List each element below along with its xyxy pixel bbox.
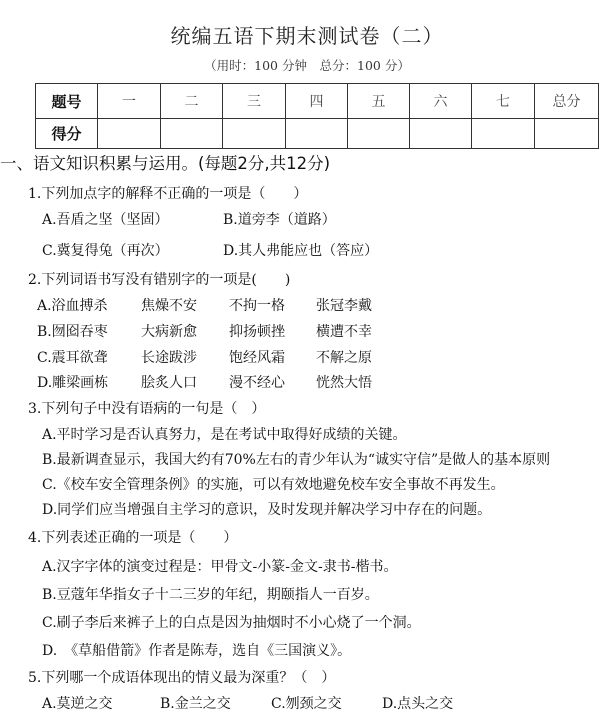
score-cell-label: 得分	[36, 119, 98, 149]
header-cell-total: 总分	[535, 84, 599, 119]
question-3-option-d: D.同学们应当增强自主学习的意识，及时发现并解决学习中存在的问题。	[42, 499, 491, 519]
question-4-option-a: A.汉字字体的演变过程是：甲骨文-小篆-金文-隶书-楷书。	[42, 556, 397, 576]
question-2-option-d-4: 恍然大悟	[316, 372, 372, 392]
question-5-option-d: D.点头之交	[382, 693, 453, 713]
question-5-option-a: A.莫逆之交	[42, 693, 113, 713]
question-3-option-a: A.平时学习是否认真努力，是在考试中取得好成绩的关键。	[42, 424, 407, 444]
question-1-option-a: A.吾盾之坚（坚固）	[42, 209, 169, 229]
score-cell-5	[348, 119, 410, 149]
question-5-option-c: C.刎颈之交	[271, 693, 342, 713]
question-2-option-b-1: B.囫囵吞枣	[37, 321, 108, 341]
question-2-option-a-4: 张冠李戴	[316, 295, 372, 315]
header-cell-4: 四	[286, 84, 348, 119]
header-cell-3: 三	[223, 84, 286, 119]
score-cell-4	[286, 119, 348, 149]
score-cell-total	[535, 119, 599, 149]
header-cell-5: 五	[348, 84, 410, 119]
question-3-stem: 3.下列句子中没有语病的一句是（ ）	[28, 398, 265, 418]
question-2-option-d-1: D.雕梁画栋	[37, 372, 108, 392]
question-2-option-d-2: 脍炙人口	[141, 372, 197, 392]
exam-subtitle: （用时：100 分钟 总分：100 分）	[0, 56, 614, 74]
score-cell-6	[410, 119, 472, 149]
question-4-option-c: C.刷子李后来裤子上的白点是因为抽烟时不小心烧了一个洞。	[42, 612, 421, 632]
header-cell-6: 六	[410, 84, 472, 119]
question-4-option-d: D. 《草船借箭》作者是陈寿，选自《三国演义》。	[42, 640, 351, 660]
question-2-option-c-3: 饱经风霜	[229, 347, 285, 367]
question-4-option-b: B.豆蔻年华指女子十二三岁的年纪，期颐指人一百岁。	[42, 584, 379, 604]
question-1-option-b: B.道旁李（道路）	[223, 209, 336, 229]
score-table-header-row: 题号 一 二 三 四 五 六 七 总分	[36, 84, 599, 119]
question-2-option-b-4: 横遭不幸	[316, 321, 372, 341]
score-cell-3	[223, 119, 286, 149]
question-4-stem: 4.下列表述正确的一项是（ ）	[28, 527, 237, 547]
question-1-option-c: C.冀复得兔（再次）	[42, 240, 169, 260]
question-2-option-a-2: 焦燥不安	[141, 295, 197, 315]
header-cell-7: 七	[472, 84, 535, 119]
question-1-option-d: D.其人弗能应也（答应）	[223, 240, 378, 260]
question-3-option-c: C.《校车安全管理条例》的实施，可以有效地避免校车安全事故不再发生。	[42, 474, 505, 494]
score-cell-1	[98, 119, 161, 149]
question-2-option-b-2: 大病新愈	[141, 321, 197, 341]
question-2-option-c-2: 长途跋涉	[141, 347, 197, 367]
section-heading: 一、语文知识积累与运用。(每题2分,共12分)	[0, 150, 330, 174]
score-table: 题号 一 二 三 四 五 六 七 总分 得分	[35, 83, 599, 149]
question-5-option-b: B.金兰之交	[160, 693, 231, 713]
question-5-stem: 5.下列哪一个成语体现出的情义最为深重？（ ）	[28, 667, 335, 687]
score-table-score-row: 得分	[36, 119, 599, 149]
question-2-option-d-3: 漫不经心	[229, 372, 285, 392]
question-2-stem: 2.下列词语书写没有错别字的一项是( )	[28, 269, 290, 289]
header-cell-2: 二	[161, 84, 223, 119]
header-cell-label: 题号	[36, 84, 98, 119]
score-cell-2	[161, 119, 223, 149]
question-2-option-a-3: 不拘一格	[229, 295, 285, 315]
question-1-stem: 1.下列加点字的解释不正确的一项是（ ）	[28, 183, 307, 203]
question-2-option-b-3: 抑扬顿挫	[229, 321, 285, 341]
question-3-option-b: B.最新调查显示，我国大约有70%左右的青少年认为“诚实守信”是做人的基本原则	[42, 449, 550, 469]
score-cell-7	[472, 119, 535, 149]
question-2-option-c-1: C.震耳欲聋	[37, 347, 108, 367]
exam-title: 统编五语下期末测试卷（二）	[0, 20, 614, 49]
question-2-option-c-4: 不解之原	[316, 347, 372, 367]
question-2-option-a-1: A.浴血搏杀	[37, 295, 108, 315]
header-cell-1: 一	[98, 84, 161, 119]
